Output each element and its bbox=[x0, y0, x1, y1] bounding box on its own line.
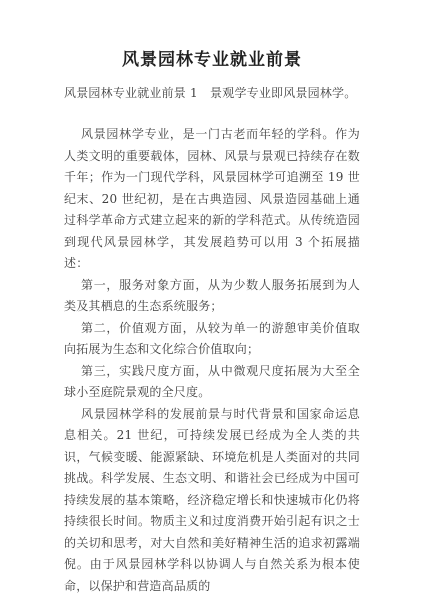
body-paragraph-point-1: 第一，服务对象方面，从为少数人服务拓展到为人类及其栖息的生态系统服务； bbox=[64, 275, 360, 318]
document-title: 风景园林专业就业前景 bbox=[64, 48, 360, 72]
body-paragraph-point-2: 第二，价值观方面，从较为单一的游憩审美价值取向拓展为生态和文化综合价值取向； bbox=[64, 318, 360, 361]
body-paragraph-point-3: 第三，实践尺度方面，从中微观尺度拓展为大至全球小至庭院景观的全尺度。 bbox=[64, 361, 360, 404]
subtitle-line: 风景园林专业就业前景 1 景观学专业即风景园林学。 bbox=[64, 83, 360, 104]
document-page: 风景园林专业就业前景 风景园林专业就业前景 1 景观学专业即风景园林学。 风景园… bbox=[0, 0, 424, 600]
body-paragraph-intro: 风景园林学专业，是一门古老而年轻的学科。作为人类文明的重要载体，园林、风景与景观… bbox=[64, 124, 360, 275]
body-paragraph-outlook: 风景园林学科的发展前景与时代背景和国家命运息息相关。21 世纪，可持续发展已经成… bbox=[64, 404, 360, 598]
document-body: 风景园林学专业，是一门古老而年轻的学科。作为人类文明的重要载体，园林、风景与景观… bbox=[64, 124, 360, 597]
